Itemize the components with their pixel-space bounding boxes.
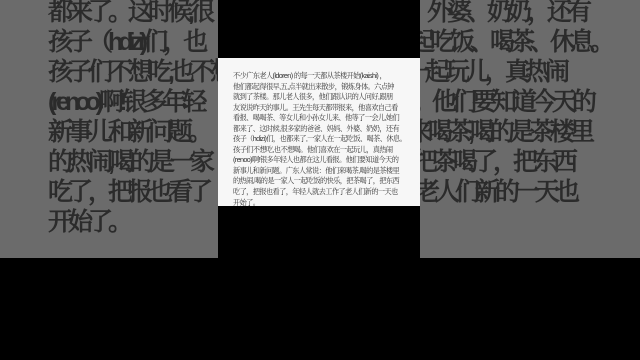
card-text-line-10: 新事儿和新问题。广东人常说：他们来喝茶,喝的是茶楼里 bbox=[233, 166, 412, 177]
bg-left-line-3: 孩子们不想吃,也不想 bbox=[0, 57, 218, 87]
card-text-line-11: 的热闹,喝的是一家人一起吃饭的快乐，把茶喝了，把东西 bbox=[233, 176, 412, 187]
card-text-line-3: 就到了茶楼。那儿老人很多，他们跟认识的人问好,跟朋 bbox=[233, 92, 412, 103]
bg-right-line-7: 老人们新的一天也 bbox=[420, 177, 640, 207]
card-text-line-6: 都来了、这时候,很多家的爸爸、妈妈、外婆、奶奶，还有 bbox=[233, 124, 412, 135]
bg-left-line-8: 开始了。 bbox=[0, 207, 218, 237]
text-page-card: 不少广东老人(ldoren) 的每一天都从茶楼开始(kaishi) ， 他们都起… bbox=[218, 58, 420, 206]
bg-left-line-7: 吃了，把报也看了 bbox=[0, 177, 218, 207]
card-text-line-2: 他们都起得很早,五,点半就出来散步，锻炼身体。六点钟 bbox=[233, 82, 412, 93]
bg-right-line-2: 起吃饭、喝茶、休息。 bbox=[420, 27, 640, 57]
bg-right-line-4: 。他们要知道今天的 bbox=[420, 87, 640, 117]
card-text-line-13: 开始了。 bbox=[233, 198, 412, 206]
bg-right-line-5: 来喝茶,喝的是茶楼里 bbox=[420, 117, 640, 147]
bg-right-line-1: 外婆、奶奶，还有 bbox=[427, 0, 640, 27]
card-text-line-9: (renoo)啊!银多年轻人也都在这儿看报。他们要知道今天的 bbox=[233, 155, 412, 166]
bg-right-line-3: 一起玩儿，真热闹 bbox=[420, 57, 640, 87]
card-text-line-7: 孩子（hdizi)们，也都来了,一家人在一起吃饭、喝茶、休息。 bbox=[233, 134, 412, 145]
card-text-line-1: 不少广东老人(ldoren) 的每一天都从茶楼开始(kaishi) ， bbox=[233, 71, 412, 82]
bg-left-line-5: 新事儿和新问题。 bbox=[0, 117, 218, 147]
card-text-line-8: 孩子们不想吃,也不想喝。他们喜欢在一起玩儿，真热闹 bbox=[233, 145, 412, 156]
bg-left-line-2: 孩子（hdizi)们，也 bbox=[0, 27, 218, 57]
backdrop-text-left-column: 都来了。这时候,很 孩子（hdizi)们，也 孩子们不想吃,也不想 (renoo… bbox=[0, 0, 218, 258]
backdrop-text-right-column: 外婆、奶奶，还有 起吃饭、喝茶、休息。 一起玩儿，真热闹 。他们要知道今天的 来… bbox=[420, 0, 640, 258]
bg-left-line-4: (renoo)啊!银多年轻 bbox=[0, 87, 218, 117]
card-text-line-4: 友说说昨天的事儿。王先生每天都带报来，他喜欢自己看 bbox=[233, 103, 412, 114]
bg-left-line-6: 的热闹,喝的是一家 bbox=[0, 147, 218, 177]
video-frame: 都来了。这时候,很 孩子（hdizi)们，也 孩子们不想吃,也不想 (renoo… bbox=[0, 0, 640, 360]
bg-right-line-6: 把茶喝了，把东西 bbox=[420, 147, 640, 177]
card-text-line-5: 看报、喝喝茶、等女儿和小孙女儿来、他等了一会儿,她们 bbox=[233, 113, 412, 124]
card-text-line-12: 吃了，把报也看了，年轻人就去工作了老人们新的一天也 bbox=[233, 187, 412, 198]
bg-left-line-1: 都来了。这时候,很 bbox=[0, 0, 218, 27]
